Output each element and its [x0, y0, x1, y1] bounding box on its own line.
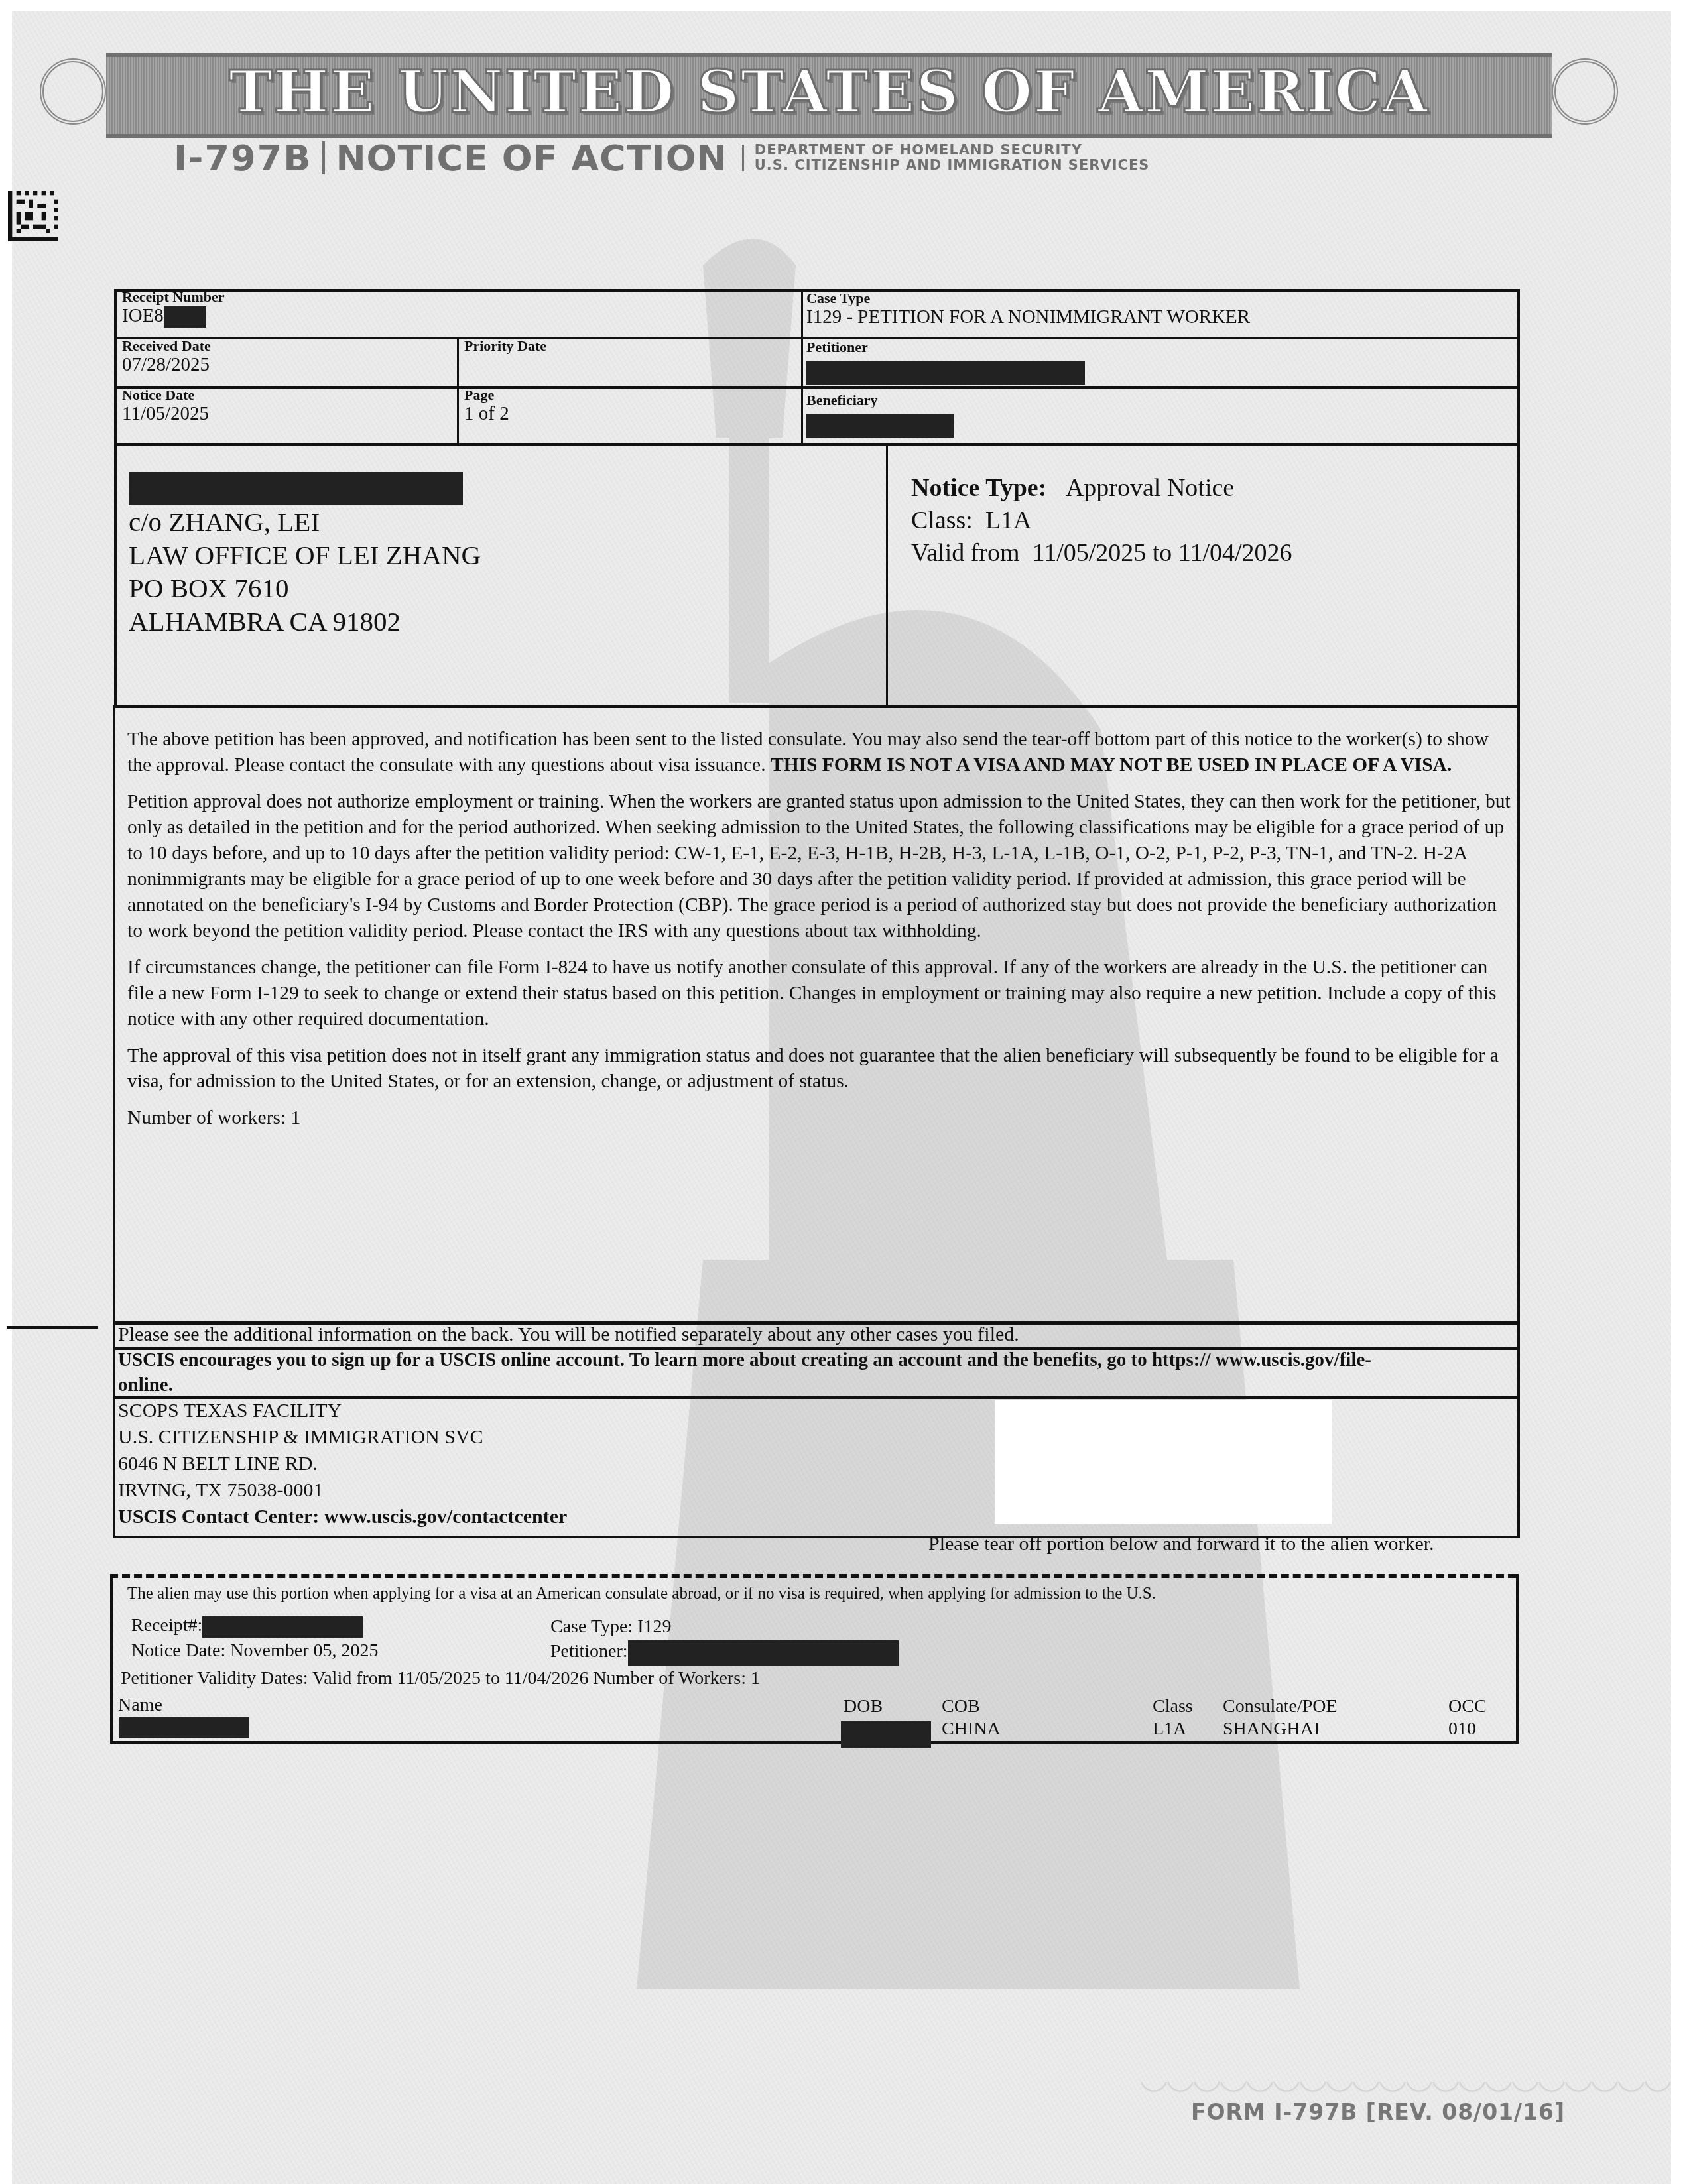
online-account-note: USCIS encourages you to sign up for a US…	[118, 1347, 1378, 1398]
title-divider	[742, 145, 744, 171]
page-value: 1 of 2	[464, 403, 509, 424]
beneficiary-field: Beneficiary	[806, 393, 954, 438]
paragraph-approval: The above petition has been approved, an…	[127, 727, 1513, 778]
stub-validity: Petitioner Validity Dates: Valid from 11…	[121, 1668, 760, 1689]
notice-type-label: Notice Type:	[911, 474, 1046, 502]
valid-to: 11/04/2026	[1178, 539, 1292, 567]
case-type-field: Case Type I129 - PETITION FOR A NONIMMIG…	[806, 290, 1250, 328]
column-occ: OCC	[1448, 1696, 1487, 1717]
redacted-stub-dob	[841, 1721, 931, 1748]
paragraph-circumstances: If circumstances change, the petitioner …	[127, 955, 1513, 1032]
grid-divider	[114, 386, 1520, 389]
notice-type-value: Approval Notice	[1066, 474, 1234, 502]
stub-class: L1A	[1153, 1719, 1186, 1740]
redacted-petitioner	[806, 361, 1085, 385]
grid-divider	[457, 337, 459, 446]
form-name: NOTICE OF ACTION	[336, 137, 727, 179]
paragraph-employment: Petition approval does not authorize emp…	[127, 789, 1513, 944]
receipt-number-label: Receipt Number	[122, 289, 225, 305]
office-line-3: 6046 N BELT LINE RD.	[118, 1451, 567, 1477]
redacted-recipient-name	[129, 472, 463, 505]
box-divider	[886, 443, 888, 708]
additional-info-note: Please see the additional information on…	[118, 1322, 1019, 1347]
stub-case-type: Case Type: I129	[550, 1616, 672, 1638]
redacted-stub-petitioner	[628, 1640, 899, 1666]
redacted-stub-name	[119, 1717, 249, 1738]
header-banner: THE UNITED STATES OF AMERICA	[40, 48, 1618, 135]
stub-cob: CHINA	[942, 1719, 1001, 1740]
paragraph-status: The approval of this visa petition does …	[127, 1043, 1513, 1095]
notice-summary: Notice Type: Approval Notice Class: L1A …	[911, 472, 1292, 570]
banner-title: THE UNITED STATES OF AMERICA	[133, 57, 1525, 126]
address-line-4: ALHAMBRA CA 91802	[129, 605, 481, 638]
scan-margin-right	[1671, 0, 1691, 2184]
stub-occ: 010	[1448, 1719, 1476, 1740]
datamatrix-barcode-icon	[8, 191, 58, 241]
department-line2: U.S. CITIZENSHIP AND IMMIGRATION SERVICE…	[755, 157, 1150, 173]
blank-patch	[995, 1400, 1332, 1524]
tear-off-note: Please tear off portion below and forwar…	[928, 1533, 1434, 1555]
scan-margin-top	[0, 0, 1691, 11]
valid-label: Valid from	[911, 539, 1020, 567]
not-a-visa-warning: THIS FORM IS NOT A VISA AND MAY NOT BE U…	[771, 755, 1452, 776]
column-class: Class	[1153, 1696, 1193, 1717]
notice-body: The above petition has been approved, an…	[127, 727, 1513, 1142]
uscis-office-address: SCOPS TEXAS FACILITY U.S. CITIZENSHIP & …	[118, 1398, 567, 1530]
stub-receipt: Receipt#:	[131, 1615, 363, 1638]
column-cob: COB	[942, 1696, 980, 1717]
redacted-receipt-number	[164, 306, 206, 328]
priority-date-field: Priority Date	[464, 338, 546, 354]
contact-center-link: USCIS Contact Center: www.uscis.gov/cont…	[118, 1504, 567, 1530]
receipt-number-field: Receipt Number IOE8	[122, 289, 225, 328]
received-date-value: 07/28/2025	[122, 354, 211, 375]
department-line1: DEPARTMENT OF HOMELAND SECURITY	[755, 142, 1082, 158]
received-date-field: Received Date 07/28/2025	[122, 338, 211, 375]
stub-petitioner: Petitioner:	[550, 1640, 899, 1666]
page-field: Page 1 of 2	[464, 387, 509, 424]
stub-consulate: SHANGHAI	[1223, 1719, 1320, 1740]
priority-date-label: Priority Date	[464, 338, 546, 354]
receipt-number-prefix: IOE8	[122, 305, 164, 326]
department: DEPARTMENT OF HOMELAND SECURITY U.S. CIT…	[755, 143, 1150, 173]
beneficiary-label: Beneficiary	[806, 393, 954, 408]
fold-mark	[7, 1326, 98, 1329]
redacted-beneficiary	[806, 414, 954, 438]
address-line-1: c/o ZHANG, LEI	[129, 505, 481, 538]
form-title: I-797B NOTICE OF ACTION DEPARTMENT OF HO…	[174, 138, 1149, 178]
redacted-stub-receipt	[202, 1616, 363, 1638]
address-line-3: PO BOX 7610	[129, 572, 481, 605]
stub-notice-date: Notice Date: November 05, 2025	[131, 1640, 378, 1662]
guilloche-border	[1141, 2082, 1671, 2095]
office-line-1: SCOPS TEXAS FACILITY	[118, 1398, 567, 1424]
class-label: Class:	[911, 507, 973, 534]
scan-margin-left	[0, 0, 12, 2184]
class-value: L1A	[985, 507, 1032, 534]
valid-to-word: to	[1153, 539, 1172, 567]
grid-divider	[801, 289, 803, 446]
case-type-value: I129 - PETITION FOR A NONIMMIGRANT WORKE…	[806, 306, 1250, 328]
page-label: Page	[464, 387, 509, 403]
notice-date-field: Notice Date 11/05/2025	[122, 387, 209, 424]
case-type-label: Case Type	[806, 290, 1250, 306]
column-consulate: Consulate/POE	[1223, 1696, 1338, 1717]
form-revision: FORM I-797B [REV. 08/01/16]	[1191, 2099, 1565, 2125]
form-code: I-797B	[174, 137, 312, 179]
valid-from: 11/05/2025	[1033, 539, 1147, 567]
number-of-workers: Number of workers: 1	[127, 1105, 1513, 1131]
petitioner-field: Petitioner	[806, 339, 1085, 385]
received-date-label: Received Date	[122, 338, 211, 354]
column-dob: DOB	[844, 1696, 883, 1717]
office-line-4: IRVING, TX 75038-0001	[118, 1477, 567, 1504]
office-line-2: U.S. CITIZENSHIP & IMMIGRATION SVC	[118, 1424, 567, 1451]
notice-date-value: 11/05/2025	[122, 403, 209, 424]
petitioner-label: Petitioner	[806, 339, 1085, 355]
mailing-address: c/o ZHANG, LEI LAW OFFICE OF LEI ZHANG P…	[129, 505, 481, 638]
stub-intro: The alien may use this portion when appl…	[127, 1583, 1156, 1605]
address-line-2: LAW OFFICE OF LEI ZHANG	[129, 538, 481, 572]
title-divider	[322, 141, 325, 174]
column-name: Name	[118, 1695, 162, 1716]
notice-date-label: Notice Date	[122, 387, 209, 403]
scroll-ornament-right-icon	[1538, 48, 1618, 135]
